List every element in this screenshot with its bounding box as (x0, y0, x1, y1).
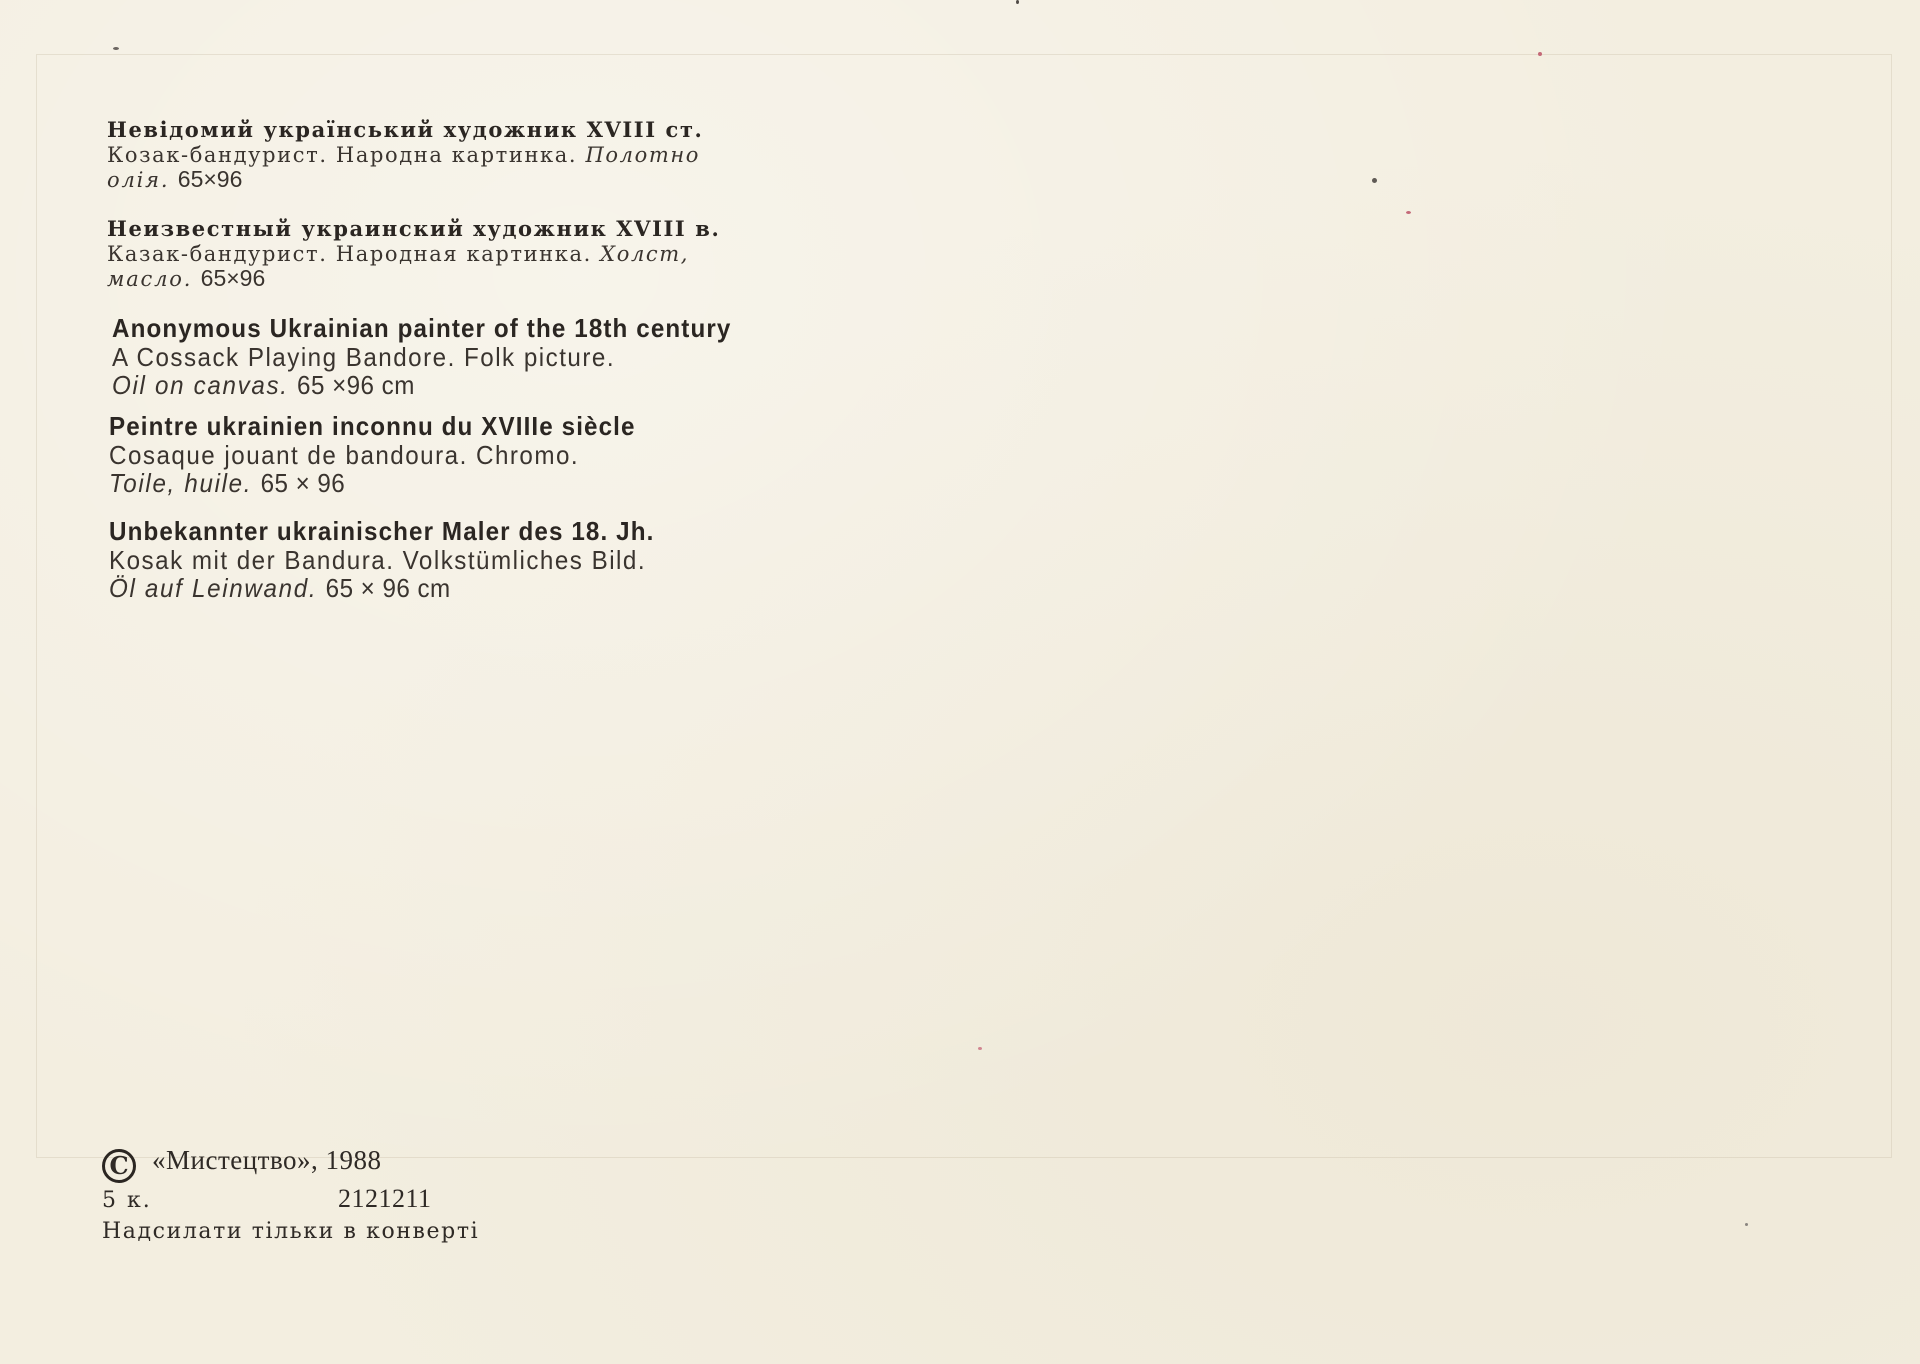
caption-title: Peintre ukrainien inconnu du XVIIIe sièc… (109, 411, 636, 441)
caption-size: 65×96 (201, 265, 266, 291)
caption-size: 65 × 96 cm (326, 573, 451, 603)
caption-german: Unbekannter ukrainischer Maler des 18. J… (109, 516, 696, 602)
caption-medium-line: Öl auf Leinwand. 65 × 96 cm (109, 574, 654, 602)
price: 5 к. (102, 1185, 338, 1216)
caption-title: Anonymous Ukrainian painter of the 18th … (112, 313, 731, 343)
paper-speck (1372, 178, 1377, 183)
price-line: 5 к.2121211 (102, 1183, 479, 1216)
caption-title: Неизвестный украинский художник XVIII в. (107, 216, 720, 242)
paper-speck (978, 1047, 982, 1050)
caption-title: Unbekannter ukrainischer Maler des 18. J… (109, 516, 654, 546)
send-note: Надсилати тільки в конверті (102, 1216, 479, 1247)
catalog-number: 2121211 (338, 1184, 432, 1213)
caption-subtitle: Казак-бандурист. Народная картинка. Холс… (107, 242, 720, 266)
paper-speck (113, 47, 119, 50)
caption-size: 65 ×96 cm (297, 370, 415, 400)
caption-subtitle: Cosaque jouant de bandoura. Chromo. (109, 441, 636, 469)
caption-medium: Холст, (600, 242, 689, 266)
caption-size: 65×96 (178, 166, 243, 192)
caption-french: Peintre ukrainien inconnu du XVIIIe sièc… (109, 411, 675, 497)
paper-speck (1745, 1223, 1748, 1226)
caption-english: Anonymous Ukrainian painter of the 18th … (112, 313, 778, 399)
caption-title: Невідомий український художник XVIII ст. (107, 117, 703, 143)
caption-medium-line: масло. 65×96 (107, 266, 720, 291)
copyright-icon: C (102, 1149, 136, 1183)
caption-ukrainian: Невідомий український художник XVIII ст.… (107, 117, 703, 192)
paper-speck (1016, 0, 1019, 4)
paper-speck (1538, 52, 1542, 56)
caption-medium-line: Toile, huile. 65 × 96 (109, 469, 636, 497)
caption-russian: Неизвестный украинский художник XVIII в.… (107, 216, 720, 291)
caption-subtitle: Козак-бандурист. Народна картинка. Полот… (107, 143, 703, 167)
publisher-name: «Мистецтво», 1988 (152, 1145, 382, 1175)
caption-subtitle: A Cossack Playing Bandore. Folk picture. (112, 343, 731, 371)
caption-size: 65 × 96 (261, 468, 346, 498)
caption-medium: Полотно (585, 143, 700, 167)
caption-medium-line: олія. 65×96 (107, 167, 703, 192)
paper-speck (1406, 211, 1411, 214)
copyright-line: C«Мистецтво», 1988 (102, 1145, 479, 1183)
imprint-footer: C«Мистецтво», 1988 5 к.2121211 Надсилати… (102, 1145, 479, 1247)
caption-subtitle: Kosak mit der Bandura. Volkstümliches Bi… (109, 546, 654, 574)
caption-medium-line: Oil on canvas. 65 ×96 cm (112, 371, 731, 399)
